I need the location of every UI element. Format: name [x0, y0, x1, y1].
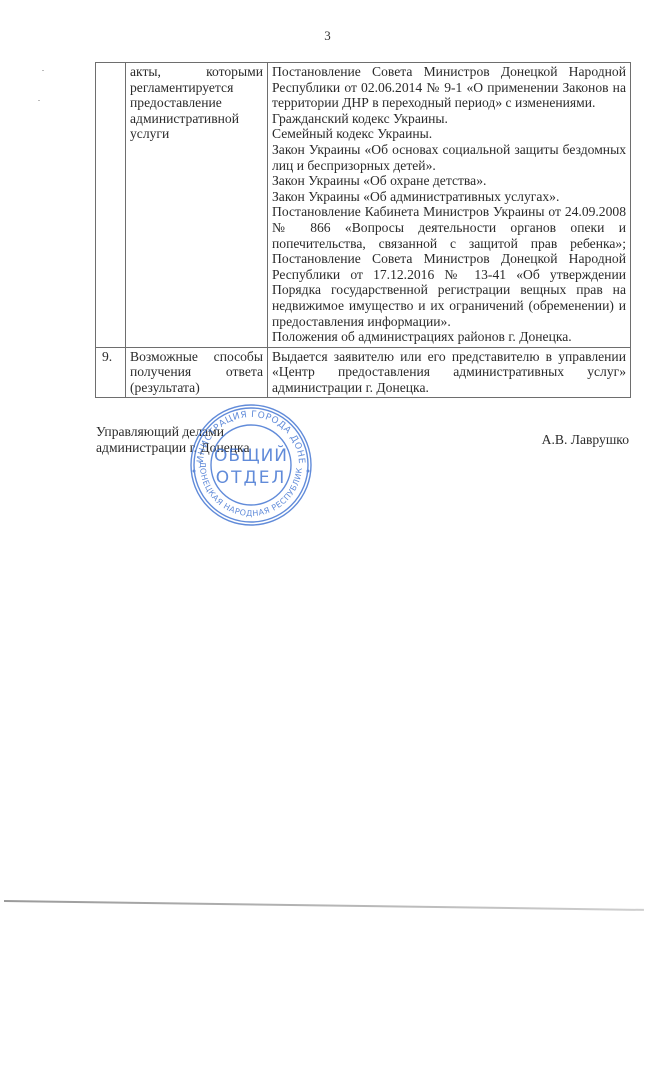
text-line: Выдается заявителю или его представителю… [272, 349, 626, 365]
stamp-center-line-1: ОБЩИЙ [214, 444, 288, 466]
page-bottom-rule [4, 900, 644, 911]
text-line: предоставления информации». [272, 314, 626, 330]
table-row: акты, которымирегламентируетсяпредоставл… [96, 63, 631, 348]
text-line: административной [130, 111, 263, 127]
signatory-name: А.В. Лаврушко [542, 432, 629, 448]
text-line: предоставление [130, 95, 263, 111]
row-label: акты, которымирегламентируетсяпредоставл… [126, 63, 268, 348]
text-line: № 866 «Вопросы деятельности органов опек… [272, 220, 626, 236]
text-line: Закон Украины «Об основах социальной защ… [272, 142, 626, 158]
text-line: Постановление Кабинета Министров Украины… [272, 204, 626, 220]
text-line: администрации г. Донецка. [272, 380, 626, 396]
row-label: Возможные способыполучения ответа(резуль… [126, 347, 268, 398]
text-line: услуги [130, 126, 263, 142]
text-line: лиц и беспризорных детей». [272, 158, 626, 174]
text-line: (результата) [130, 380, 263, 396]
row-number [96, 63, 126, 348]
scan-speck [42, 70, 44, 71]
stamp-center-line-2: ОТДЕЛ [216, 468, 287, 488]
text-line: Гражданский кодекс Украины. [272, 111, 626, 127]
text-line: попечительства, связанной с защитой прав… [272, 236, 626, 252]
text-line: Порядка государственной регистрации вещн… [272, 282, 626, 298]
text-line: Возможные способы [130, 349, 263, 365]
row-number: 9. [96, 347, 126, 398]
row-content: Выдается заявителю или его представителю… [268, 347, 631, 398]
text-line: регламентируется [130, 80, 263, 96]
text-line: Республики от 17.12.2016 № 13-41 «Об утв… [272, 267, 626, 283]
table-row: 9.Возможные способыполучения ответа(резу… [96, 347, 631, 398]
scan-speck [38, 100, 40, 101]
text-line: акты, которыми [130, 64, 263, 80]
text-line: Закон Украины «Об административных услуг… [272, 189, 626, 205]
text-line: Закон Украины «Об охране детства». [272, 173, 626, 189]
official-stamp: АДМИНИСТРАЦИЯ ГОРОДА ДОНЕЦКА ДОНЕЦКАЯ НА… [176, 403, 326, 527]
text-line: Положения об администрациях районов г. Д… [272, 329, 626, 345]
text-line: Семейный кодекс Украины. [272, 126, 626, 142]
text-line: недвижимое имущество и их ограничений (о… [272, 298, 626, 314]
text-line: Постановление Совета Министров Донецкой … [272, 64, 626, 80]
text-line: Постановление Совета Министров Донецкой … [272, 251, 626, 267]
services-table: акты, которымирегламентируетсяпредоставл… [95, 62, 631, 398]
row-content: Постановление Совета Министров Донецкой … [268, 63, 631, 348]
page-number: 3 [0, 28, 655, 44]
text-line: Республики от 02.06.2014 № 9-1 «О примен… [272, 80, 626, 96]
text-line: получения ответа [130, 364, 263, 380]
text-line: «Центр предоставления административных у… [272, 364, 626, 380]
text-line: территории ДНР в переходный период» с из… [272, 95, 626, 111]
